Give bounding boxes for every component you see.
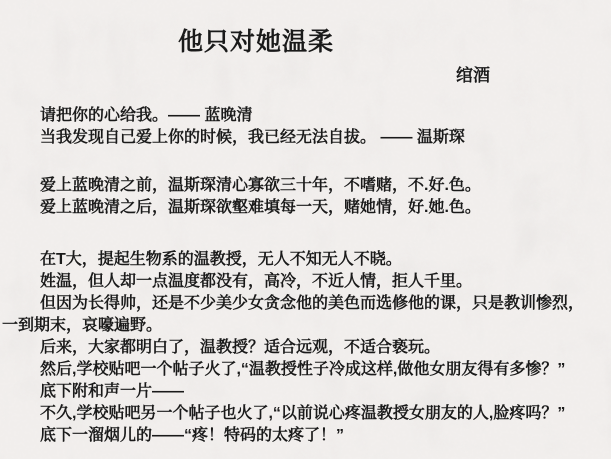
body-line: 后来，大家都明白了，温教授？适合远观，不适合亵玩。 bbox=[0, 337, 611, 359]
body-section: 在T大，提起生物系的温教授，无人不知无人不晓。 姓温，但人却一点温度都没有，高冷… bbox=[0, 249, 611, 447]
intro-line: 爱上蓝晚清之后，温斯琛欲壑难填每一天，赌她情，好.她.色。 bbox=[0, 197, 611, 219]
body-line: 不久,学校贴吧另一个帖子也火了,“以前说心疼温教授女朋友的人,脸疼吗？” bbox=[0, 403, 611, 425]
epigraph-line: 请把你的心给我。—— 蓝晚清 bbox=[0, 105, 611, 127]
body-line: 底下一溜烟儿的——“疼！特码的太疼了！” bbox=[0, 425, 611, 447]
intro-section: 爱上蓝晚清之前，温斯琛清心寡欲三十年，不嗜赌，不.好.色。 爱上蓝晚清之后，温斯… bbox=[0, 175, 611, 219]
body-line: 在T大，提起生物系的温教授，无人不知无人不晓。 bbox=[0, 249, 611, 271]
author-name: 绾酒 bbox=[0, 65, 512, 87]
body-line: 然后,学校贴吧一个帖子火了,“温教授性子冷成这样,做他女朋友得有多惨？” bbox=[0, 359, 611, 381]
body-line: 但因为长得帅，还是不少美少女贪念他的美色而选修他的课，只是教训惨烈， bbox=[0, 293, 611, 315]
epigraph-line: 当我发现自己爱上你的时候，我已经无法自拔。 —— 温斯琛 bbox=[0, 127, 611, 149]
body-line-continuation: 一到期末，哀嚎遍野。 bbox=[0, 315, 611, 337]
epigraph-section: 请把你的心给我。—— 蓝晚清 当我发现自己爱上你的时候，我已经无法自拔。 —— … bbox=[0, 105, 611, 149]
body-line: 姓温，但人却一点温度都没有，高冷，不近人情，拒人千里。 bbox=[0, 271, 611, 293]
novel-page: 他只对她温柔 绾酒 请把你的心给我。—— 蓝晚清 当我发现自己爱上你的时候，我已… bbox=[0, 0, 611, 459]
intro-line: 爱上蓝晚清之前，温斯琛清心寡欲三十年，不嗜赌，不.好.色。 bbox=[0, 175, 611, 197]
page-title: 他只对她温柔 bbox=[0, 26, 512, 58]
body-line: 底下附和声一片—— bbox=[0, 381, 611, 403]
